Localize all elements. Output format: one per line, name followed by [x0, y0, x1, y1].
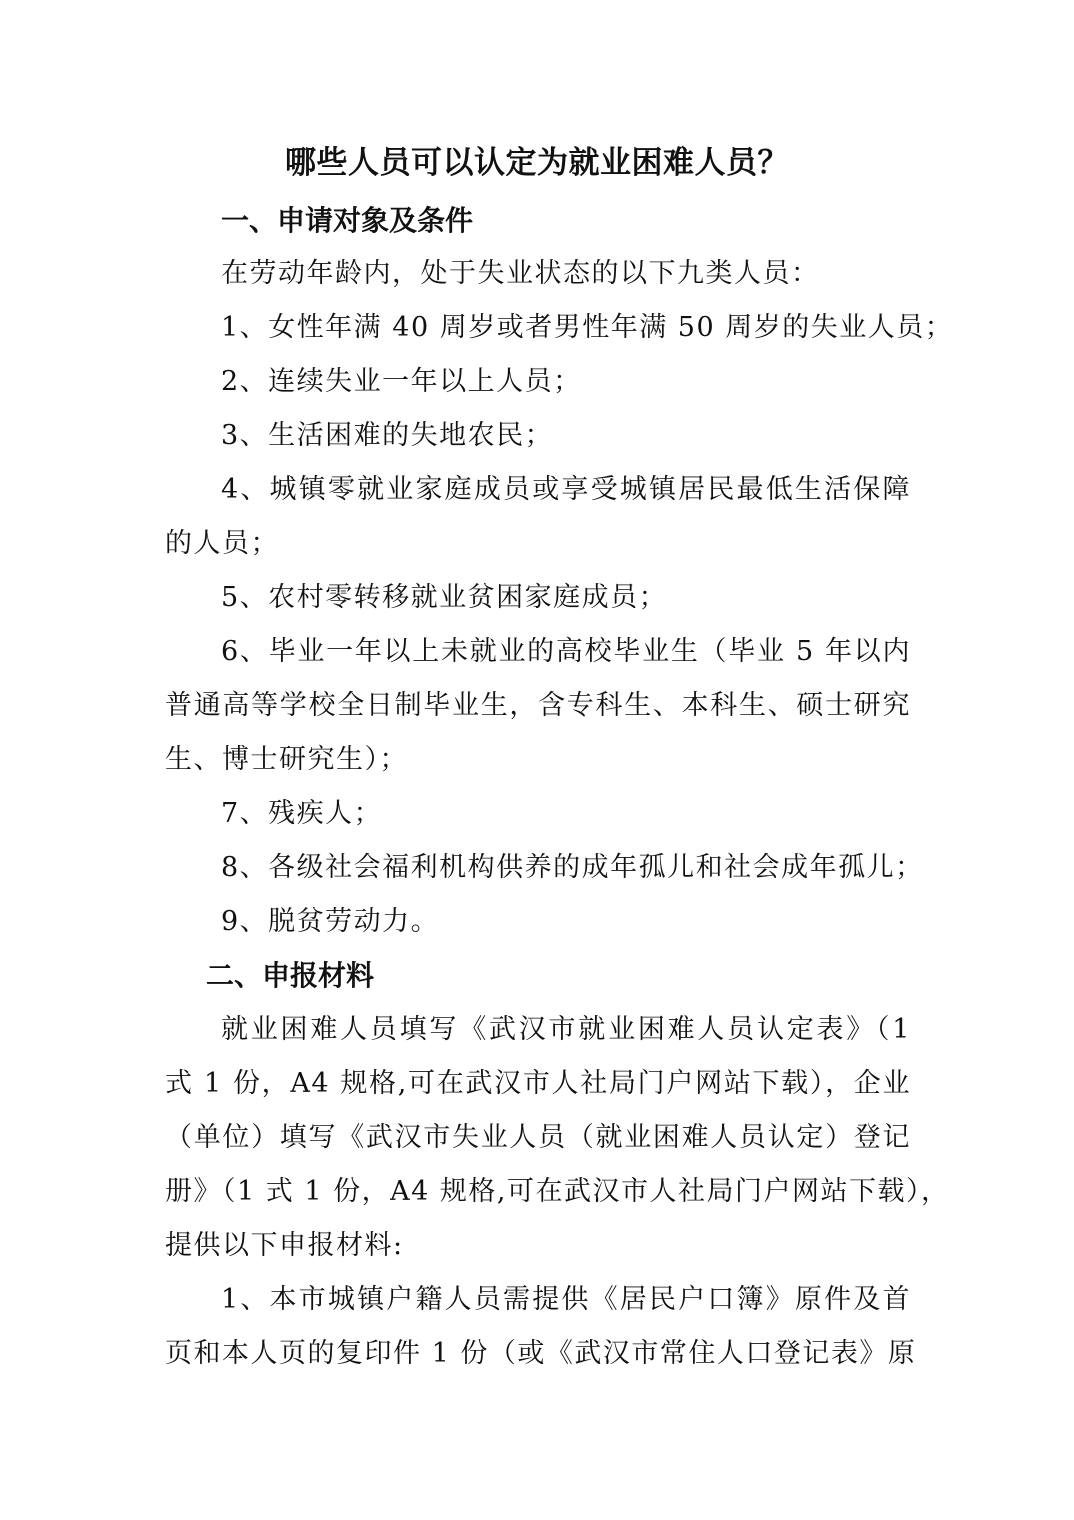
document-page: 哪些人员可以认定为就业困难人员？ 一、申请对象及条件 在劳动年龄内，处于失业状态…: [0, 0, 1074, 1520]
eligibility-item-1: 1、女性年满 40 周岁或者男性年满 50 周岁的失业人员；: [221, 303, 911, 353]
materials-para-line-4: 册》（1 式 1 份，A4 规格,可在武汉市人社局门户网站下载），: [165, 1167, 911, 1217]
eligibility-item-6-line-3: 生、博士研究生）；: [165, 735, 911, 785]
document-title: 哪些人员可以认定为就业困难人员？: [0, 138, 1074, 188]
materials-para-line-3: （单位）填写《武汉市失业人员（就业困难人员认定）登记: [165, 1113, 911, 1163]
materials-item-1-line-1: 1、本市城镇户籍人员需提供《居民户口簿》原件及首: [221, 1275, 911, 1325]
eligibility-item-8: 8、各级社会福利机构供养的成年孤儿和社会成年孤儿；: [221, 843, 911, 893]
eligibility-item-4-line-2: 的人员；: [165, 519, 911, 569]
eligibility-item-6-line-2: 普通高等学校全日制毕业生，含专科生、本科生、硕士研究: [165, 681, 911, 731]
eligibility-item-7: 7、残疾人；: [221, 789, 911, 839]
eligibility-item-6-line-1: 6、毕业一年以上未就业的高校毕业生（毕业 5 年以内: [221, 627, 911, 677]
section-heading-materials: 二、申报材料: [206, 951, 374, 1001]
eligibility-item-9: 9、脱贫劳动力。: [221, 897, 911, 947]
eligibility-item-3: 3、生活困难的失地农民；: [221, 411, 911, 461]
materials-para-line-1: 就业困难人员填写《武汉市就业困难人员认定表》（1: [221, 1005, 911, 1055]
eligibility-item-4-line-1: 4、城镇零就业家庭成员或享受城镇居民最低生活保障: [221, 465, 911, 515]
materials-para-line-2: 式 1 份，A4 规格,可在武汉市人社局门户网站下载），企业: [165, 1059, 911, 1109]
eligibility-intro: 在劳动年龄内，处于失业状态的以下九类人员：: [221, 249, 911, 299]
section-heading-eligibility: 一、申请对象及条件: [221, 196, 473, 246]
eligibility-item-2: 2、连续失业一年以上人员；: [221, 357, 911, 407]
eligibility-item-5: 5、农村零转移就业贫困家庭成员；: [221, 573, 911, 623]
materials-para-line-5: 提供以下申报材料:: [165, 1221, 911, 1271]
materials-item-1-line-2: 页和本人页的复印件 1 份（或《武汉市常住人口登记表》原: [165, 1329, 911, 1379]
